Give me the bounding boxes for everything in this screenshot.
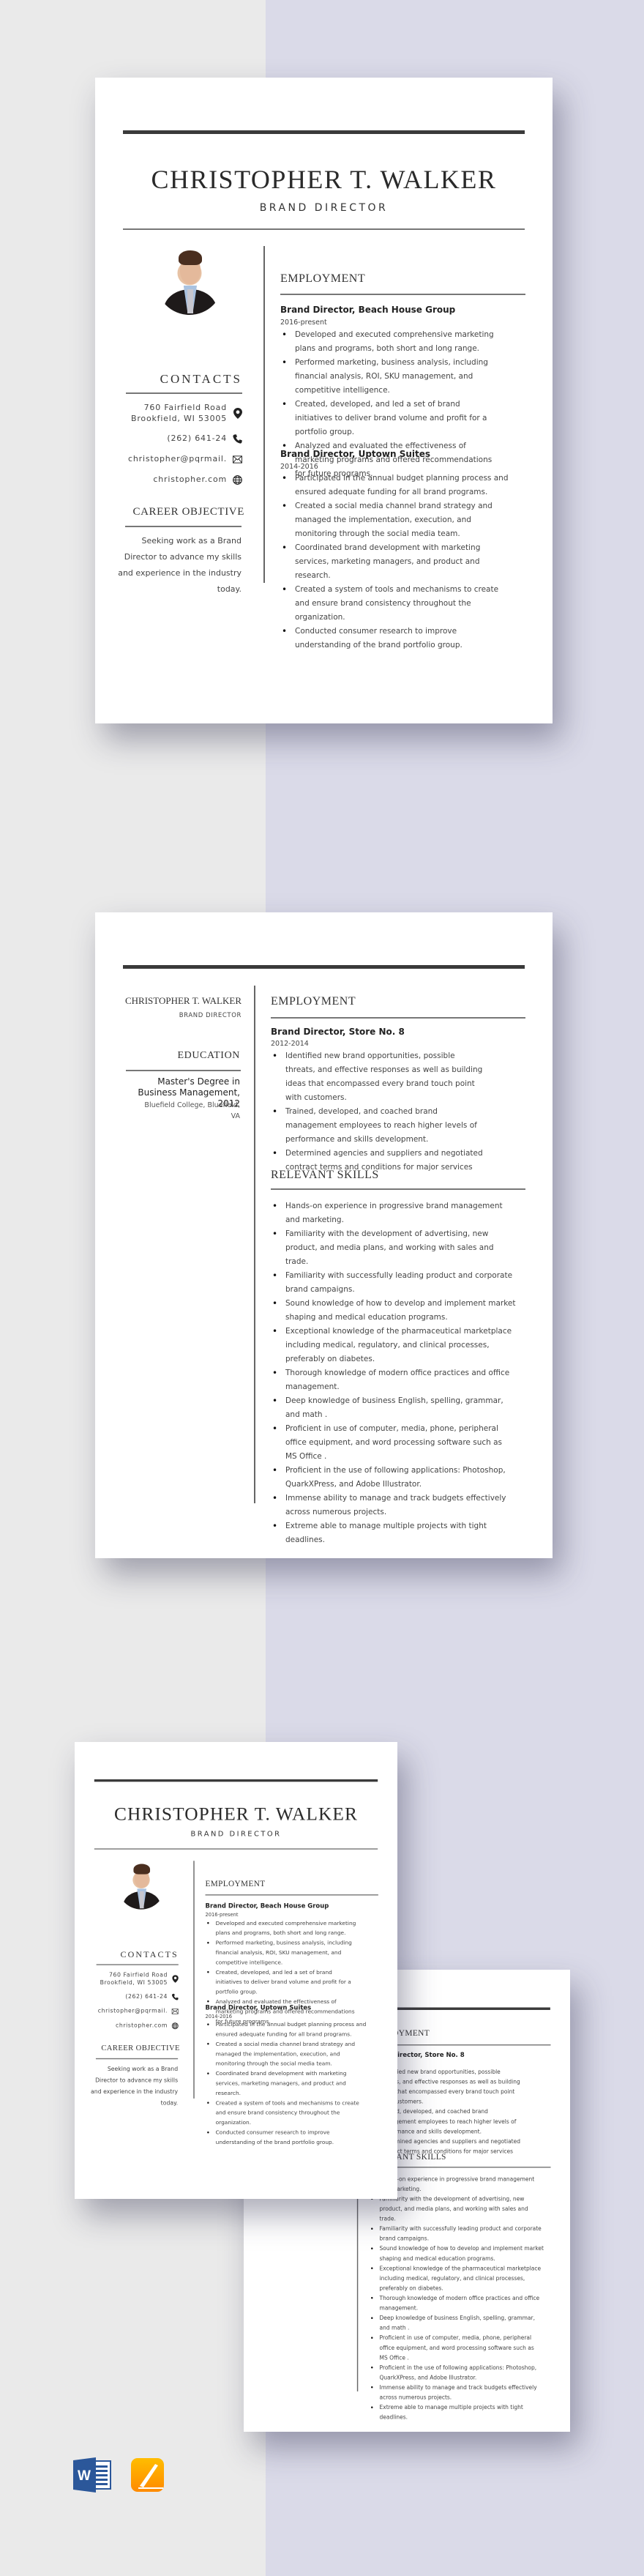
job-title: Brand Director, Beach House Group [206,1902,329,1910]
header-rule-top [123,965,525,969]
objective-heading: CAREER OBJECTIVE [85,2044,180,2053]
contact-website[interactable]: christopher.com [110,474,242,485]
list-item: Developed and executed comprehensive mar… [280,328,500,356]
list-item: Extreme able to manage multiple projects… [271,1519,516,1547]
phone-icon [233,434,242,444]
column-divider [193,1861,194,2099]
list-item: Conducted consumer research to improve u… [280,625,514,652]
employment-heading: EMPLOYMENT [280,272,365,286]
list-item: Hands-on experience in progressive brand… [271,1199,516,1227]
list-item: Familiarity with successfully leading pr… [271,1269,516,1297]
list-item: Sound knowledge of how to develop and im… [369,2244,544,2264]
objective-text: Seeking work as a Brand Director to adva… [117,533,241,598]
list-item: Thorough knowledge of modern office prac… [369,2293,544,2313]
education-school: Bluefield College, Bluefield, VA [139,1100,240,1122]
header-rule-bottom [94,1848,378,1849]
list-item: Coordinated brand development with marke… [206,2069,371,2099]
list-item: Performed marketing, business analysis, … [206,1938,361,1968]
contact-address: 760 Fairfield RoadBrookfield, WI 53005 [110,403,242,425]
list-item: Created, developed, and led a set of bra… [206,1968,361,1997]
list-item: Developed and executed comprehensive mar… [206,1918,361,1938]
job-dates: 2014-2016 [206,2014,233,2020]
list-item: Conducted consumer research to improve u… [206,2128,371,2148]
word-icon[interactable]: W [73,2457,111,2493]
map-pin-icon [172,1976,179,1982]
candidate-name: CHRISTOPHER T. WALKER [95,164,553,195]
header-rule-bottom [123,228,525,230]
sidebar-name: CHRISTOPHER T. WALKER [102,995,241,1007]
list-item: Trained, developed, and coached brand ma… [271,1105,487,1147]
list-item: Familiarity with successfully leading pr… [369,2225,544,2244]
job-dates: 2016-present [206,1912,239,1918]
list-item: Thorough knowledge of modern office prac… [271,1366,516,1394]
list-item: Exceptional knowledge of the pharmaceuti… [369,2264,544,2294]
list-item: Proficient in the use of following appli… [369,2363,544,2383]
globe-icon [172,2022,179,2029]
job-title: Brand Director, Uptown Suites [280,449,430,459]
contacts-heading: CONTACTS [110,372,242,387]
skills-list: Hands-on experience in progressive brand… [271,1199,516,1547]
resume-page-1: CHRISTOPHER T. WALKER BRAND DIRECTOR CON… [95,78,553,723]
objective-rule [96,2058,178,2059]
pages-icon[interactable] [131,2458,164,2492]
svg-text:W: W [78,2468,91,2484]
job-title: Brand Director, Uptown Suites [206,2004,312,2011]
resume-page-2: CHRISTOPHER T. WALKER BRAND DIRECTOR EDU… [95,912,553,1558]
candidate-name: CHRISTOPHER T. WALKER [75,1803,397,1825]
objective-heading: CAREER OBJECTIVE [110,506,244,518]
preview-page-1: CHRISTOPHER T. WALKER BRAND DIRECTOR CON… [75,1742,397,2199]
contact-phone: (262) 641-24 [110,433,242,444]
skills-list: Hands-on experience in progressive brand… [369,2175,544,2423]
list-item: Exceptional knowledge of the pharmaceuti… [271,1325,516,1366]
contacts-rule [126,392,242,394]
map-pin-icon [233,409,242,418]
list-item: Identified new brand opportunities, poss… [271,1049,487,1105]
contacts-heading: CONTACTS [85,1950,179,1960]
profile-photo [156,247,223,315]
globe-icon [233,475,242,485]
education-heading: EDUCATION [102,1050,240,1062]
header-rule-top [94,1779,378,1782]
education-rule [126,1070,241,1071]
job-dates: 2016-present [280,319,327,327]
column-divider [254,986,255,1503]
list-item: Deep knowledge of business English, spel… [271,1394,516,1422]
employment-rule [271,1017,525,1019]
list-item: Coordinated brand development with marke… [280,541,514,583]
employment-heading: EMPLOYMENT [206,1880,266,1889]
list-item: Created a social media channel brand str… [280,499,514,541]
employment-heading: EMPLOYMENT [271,995,356,1008]
list-item: Participated in the annual budget planni… [206,2020,371,2040]
list-item: Proficient in use of computer, media, ph… [369,2334,544,2364]
job-bullets: Participated in the annual budget planni… [206,2020,371,2148]
list-item: Immense ability to manage and track budg… [271,1492,516,1519]
contact-website[interactable]: christopher.com [85,2022,179,2029]
list-item: Created a social media channel brand str… [206,2039,371,2069]
list-item: Sound knowledge of how to develop and im… [271,1297,516,1325]
objective-rule [125,526,241,527]
job-dates: 2014-2016 [280,463,318,471]
list-item: Proficient in the use of following appli… [271,1464,516,1492]
list-item: Immense ability to manage and track budg… [369,2383,544,2402]
contact-phone: (262) 641-24 [85,1993,179,2000]
job-title: Brand Director, Store No. 8 [271,1027,405,1037]
employment-rule [280,294,525,295]
list-item: Created a system of tools and mechanisms… [280,583,514,625]
contact-email[interactable]: christopher@pqrmail. [110,454,242,465]
candidate-role: BRAND DIRECTOR [75,1830,397,1838]
list-item: Created, developed, and led a set of bra… [280,398,500,439]
contact-email[interactable]: christopher@pqrmail. [85,2008,179,2015]
list-item: Proficient in use of computer, media, ph… [271,1422,516,1464]
list-item: Familiarity with the development of adve… [271,1227,516,1269]
skills-heading: RELEVANT SKILLS [271,1169,379,1182]
list-item: Deep knowledge of business English, spel… [369,2314,544,2334]
list-item: Participated in the annual budget planni… [280,472,514,499]
job-bullets: Participated in the annual budget planni… [280,472,514,652]
skills-rule [271,1188,525,1190]
profile-photo [118,1862,165,1910]
envelope-icon [172,2008,179,2014]
job-bullets: Identified new brand opportunities, poss… [271,1049,487,1175]
objective-text: Seeking work as a Brand Director to adva… [90,2063,178,2109]
phone-icon [172,1994,179,2000]
sidebar-role: BRAND DIRECTOR [102,1012,241,1019]
job-dates: 2012-2014 [271,1040,309,1048]
candidate-role: BRAND DIRECTOR [95,202,553,214]
employment-rule [206,1894,378,1895]
envelope-icon [233,455,242,464]
column-divider [263,246,265,583]
contact-address: 760 Fairfield RoadBrookfield, WI 53005 [85,1971,179,1987]
header-rule-top [123,130,525,134]
list-item: Extreme able to manage multiple projects… [369,2403,544,2423]
contacts-rule [97,1964,179,1965]
job-title: Brand Director, Beach House Group [280,305,455,315]
list-item: Performed marketing, business analysis, … [280,356,500,398]
list-item: Created a system of tools and mechanisms… [206,2099,371,2128]
